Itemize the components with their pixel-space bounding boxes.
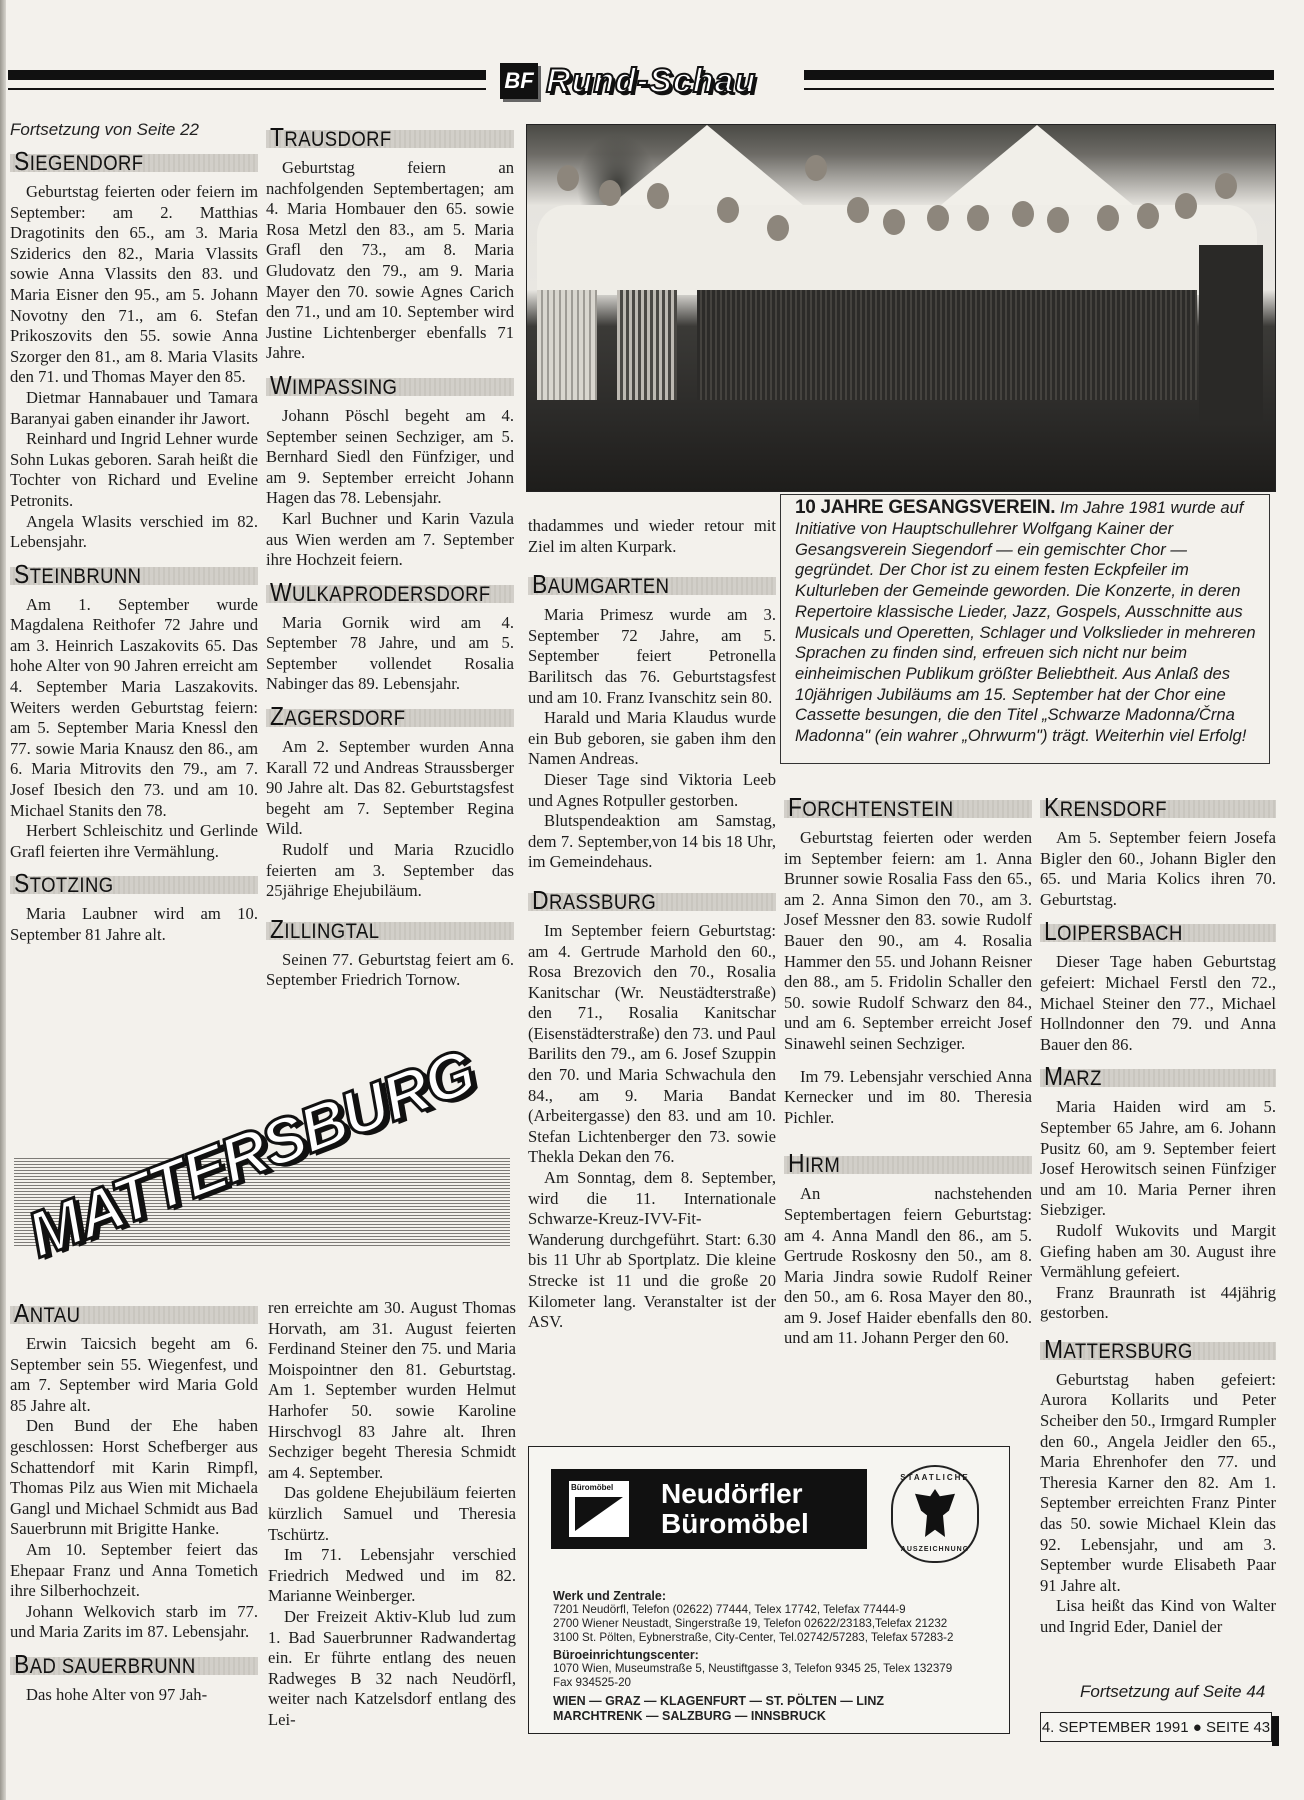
ad-brand-name: Neudörfler Büromöbel: [661, 1479, 809, 1539]
article-paragraph: Dietmar Hannabauer und Tamara Baranyai g…: [10, 388, 258, 429]
district-banner: MATTERSBURG: [14, 1150, 510, 1285]
article-paragraph: Reinhard und Ingrid Lehner wurde Sohn Lu…: [10, 429, 258, 511]
lower-column-2: ren erreichte am 30. August Thomas Horva…: [268, 1298, 516, 1730]
section-title: Rund-Schau: [546, 62, 756, 101]
section-heading-steinbrunn: Steinbrunn: [10, 559, 258, 587]
article-paragraph: Geburtstag feierten oder feiern im Septe…: [10, 182, 258, 388]
article-paragraph: Im September feiern Geburtstag: am 4. Ge…: [528, 921, 776, 1168]
article-paragraph: Am Sonntag, dem 8. September, wird die 1…: [528, 1168, 776, 1333]
section-heading-stotzing: Stotzing: [10, 868, 258, 896]
article-paragraph: Das hohe Alter von 97 Jah-: [10, 1685, 258, 1706]
article-paragraph: Das goldene Ehejubiläum feierten kürzlic…: [268, 1483, 516, 1545]
article-paragraph: Johann Welkovich starb im 77. und Maria …: [10, 1602, 258, 1643]
column-3: thadammes und wieder retour mit Ziel im …: [528, 516, 776, 1333]
continued-from: Fortsetzung von Seite 22: [10, 120, 258, 140]
ad-brand-block: Büromöbel Neudörfler Büromöbel: [551, 1469, 867, 1549]
caption-text: Im Jahre 1981 wurde auf Initiative von H…: [795, 498, 1256, 745]
section-heading-forchtenstein: Forchtenstein: [784, 792, 1032, 820]
section-header: BF Rund-Schau: [8, 62, 1274, 102]
advertisement-neudoerfler[interactable]: Büromöbel Neudörfler Büromöbel STAATLICH…: [528, 1446, 1010, 1734]
section-heading-baumgarten: Baumgarten: [528, 569, 776, 597]
section-heading-marz: Marz: [1040, 1061, 1276, 1089]
article-paragraph: Angela Wlasits verschied im 82. Lebensja…: [10, 512, 258, 553]
section-heading-bad-sauerbrunn: Bad Sauerbrunn: [10, 1649, 258, 1677]
column-1: Fortsetzung von Seite 22 Siegendorf Gebu…: [10, 120, 258, 946]
article-paragraph: Maria Primesz wurde am 3. September 72 J…: [528, 605, 776, 708]
state-award-seal-icon: STAATLICHE AUSZEICHNUNG: [891, 1465, 979, 1563]
header-rule-left: [8, 70, 486, 80]
article-paragraph: Den Bund der Ehe haben geschlossen: Hors…: [10, 1416, 258, 1540]
n-logo-icon: Büromöbel: [569, 1481, 629, 1537]
article-paragraph: Rudolf Wukovits und Margit Giefing haben…: [1040, 1221, 1276, 1283]
article-paragraph: Blutspendeaktion am Samstag, dem 7. Sept…: [528, 811, 776, 873]
section-heading-zagersdorf: Zagersdorf: [266, 701, 514, 729]
column-2: Trausdorf Geburtstag feiern an nachfolge…: [266, 122, 514, 991]
header-rule-left-thin: [8, 88, 486, 90]
date-page-footer: 4. SEPTEMBER 1991 ● SEITE 43: [1040, 1712, 1272, 1742]
article-paragraph: Dieser Tage sind Viktoria Leeb und Agnes…: [528, 770, 776, 811]
article-paragraph: Karl Buchner und Karin Vazula aus Wien w…: [266, 509, 514, 571]
section-heading-wimpassing: Wimpassing: [266, 370, 514, 398]
header-rule-right: [804, 70, 1274, 80]
column-4: Forchtenstein Geburtstag feierten oder w…: [784, 792, 1032, 1349]
ad-cities: WIEN — GRAZ — KLAGENFURT — ST. PÖLTEN — …: [553, 1694, 993, 1724]
section-heading-trausdorf: Trausdorf: [266, 122, 514, 150]
section-heading-antau: Antau: [10, 1298, 258, 1326]
section-heading-hirm: Hirm: [784, 1148, 1032, 1176]
article-paragraph: Lisa heißt das Kind von Walter und Ingri…: [1040, 1596, 1276, 1637]
column-5: Krensdorf Am 5. September feiern Josefa …: [1040, 792, 1276, 1638]
article-paragraph: Harald und Maria Klaudus wurde ein Bub g…: [528, 708, 776, 770]
rundschau-logo: BF Rund-Schau: [500, 62, 756, 100]
article-paragraph: Maria Laubner wird am 10. September 81 J…: [10, 904, 258, 945]
article-paragraph: Franz Braunrath ist 44jährig gestorben.: [1040, 1283, 1276, 1324]
article-paragraph: Geburtstag haben gefeiert: Aurora Kollar…: [1040, 1370, 1276, 1597]
article-paragraph: Johann Pöschl begeht am 4. September sei…: [266, 406, 514, 509]
lower-column-1: Antau Erwin Taicsich begeht am 6. Septem…: [10, 1298, 258, 1706]
article-paragraph: Herbert Schleischitz und Gerlinde Grafl …: [10, 821, 258, 862]
article-paragraph: Rudolf und Maria Rzucidlo feierten am 3.…: [266, 840, 514, 902]
article-paragraph: Geburtstag feierten oder werden im Septe…: [784, 828, 1032, 1055]
article-paragraph: Maria Gornik wird am 4. September 78 Jah…: [266, 613, 514, 695]
section-heading-wulkaprodersdorf: Wulkaprodersdorf: [266, 577, 514, 605]
article-paragraph: Am 5. September feiern Josefa Bigler den…: [1040, 828, 1276, 910]
article-paragraph: Am 1. September wurde Magdalena Reithofe…: [10, 595, 258, 822]
header-rule-right-thin: [804, 88, 1274, 90]
section-heading-drassburg: Drassburg: [528, 885, 776, 913]
article-paragraph: Erwin Taicsich begeht am 6. September se…: [10, 1334, 258, 1416]
article-paragraph: Der Freizeit Aktiv-Klub lud zum 1. Bad S…: [268, 1607, 516, 1731]
article-paragraph: Im 71. Lebensjahr verschied Friedrich Me…: [268, 1545, 516, 1607]
section-heading-siegendorf: Siegendorf: [10, 146, 258, 174]
ad-contact-info: Werk und Zentrale: 7201 Neudörfl, Telefo…: [553, 1589, 993, 1724]
section-heading-loipersbach: Loipersbach: [1040, 916, 1276, 944]
article-paragraph: Dieser Tage haben Geburtstag gefeiert: M…: [1040, 952, 1276, 1055]
section-heading-mattersburg: Mattersburg: [1040, 1334, 1276, 1362]
choir-group-photo: [526, 124, 1276, 492]
caption-headline: 10 JAHRE GESANGSVEREIN.: [795, 497, 1055, 518]
article-paragraph: Am 2. September wurden Anna Karall 72 un…: [266, 737, 514, 840]
eagle-icon: [915, 1489, 955, 1537]
article-paragraph: An nachstehenden Septembertagen feiern G…: [784, 1184, 1032, 1349]
article-paragraph-continued: ren erreichte am 30. August Thomas Horva…: [268, 1298, 516, 1483]
section-heading-zillingtal: Zillingtal: [266, 914, 514, 942]
article-paragraph: Im 79. Lebensjahr verschied Anna Kerneck…: [784, 1067, 1032, 1129]
page-spine-shadow: [0, 0, 6, 1800]
bf-logo-mark: BF: [500, 63, 538, 99]
photo-caption: 10 JAHRE GESANGSVEREIN. Im Jahre 1981 wu…: [780, 494, 1270, 764]
article-paragraph-continued: thadammes und wieder retour mit Ziel im …: [528, 516, 776, 557]
article-paragraph: Am 10. September feiert das Ehepaar Fran…: [10, 1540, 258, 1602]
continued-on: Fortsetzung auf Seite 44: [1080, 1682, 1265, 1702]
section-heading-krensdorf: Krensdorf: [1040, 792, 1276, 820]
article-paragraph: Geburtstag feiern an nachfolgenden Septe…: [266, 158, 514, 364]
article-paragraph: Seinen 77. Geburtstag feiert am 6. Septe…: [266, 950, 514, 991]
article-paragraph: Maria Haiden wird am 5. September 65 Jah…: [1040, 1097, 1276, 1221]
page-box-shadow: [1272, 1716, 1279, 1746]
